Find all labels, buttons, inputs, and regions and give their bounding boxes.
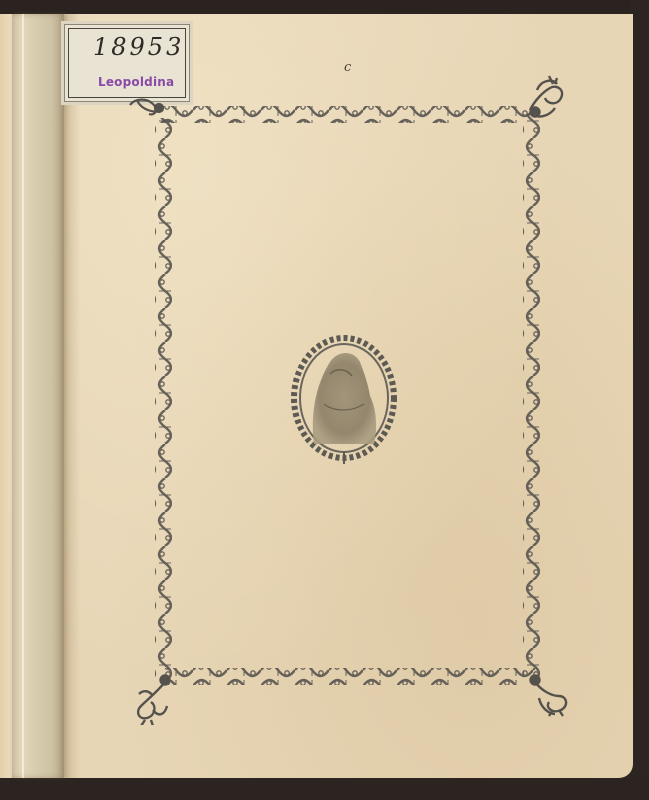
spine-highlight — [22, 14, 24, 778]
background-top — [0, 0, 649, 14]
corner-ornament-bottom-left — [138, 676, 169, 726]
book-spine — [12, 14, 64, 778]
corner-ornament-bottom-right — [531, 676, 567, 717]
call-number: 18953 — [93, 33, 184, 61]
corner-ornament-top-right — [530, 76, 562, 117]
spine-shadow — [64, 14, 80, 778]
central-medallion — [290, 334, 398, 468]
cover-edge — [0, 14, 10, 778]
background-bottom — [0, 778, 649, 800]
corner-ornament-top-left — [130, 100, 163, 115]
